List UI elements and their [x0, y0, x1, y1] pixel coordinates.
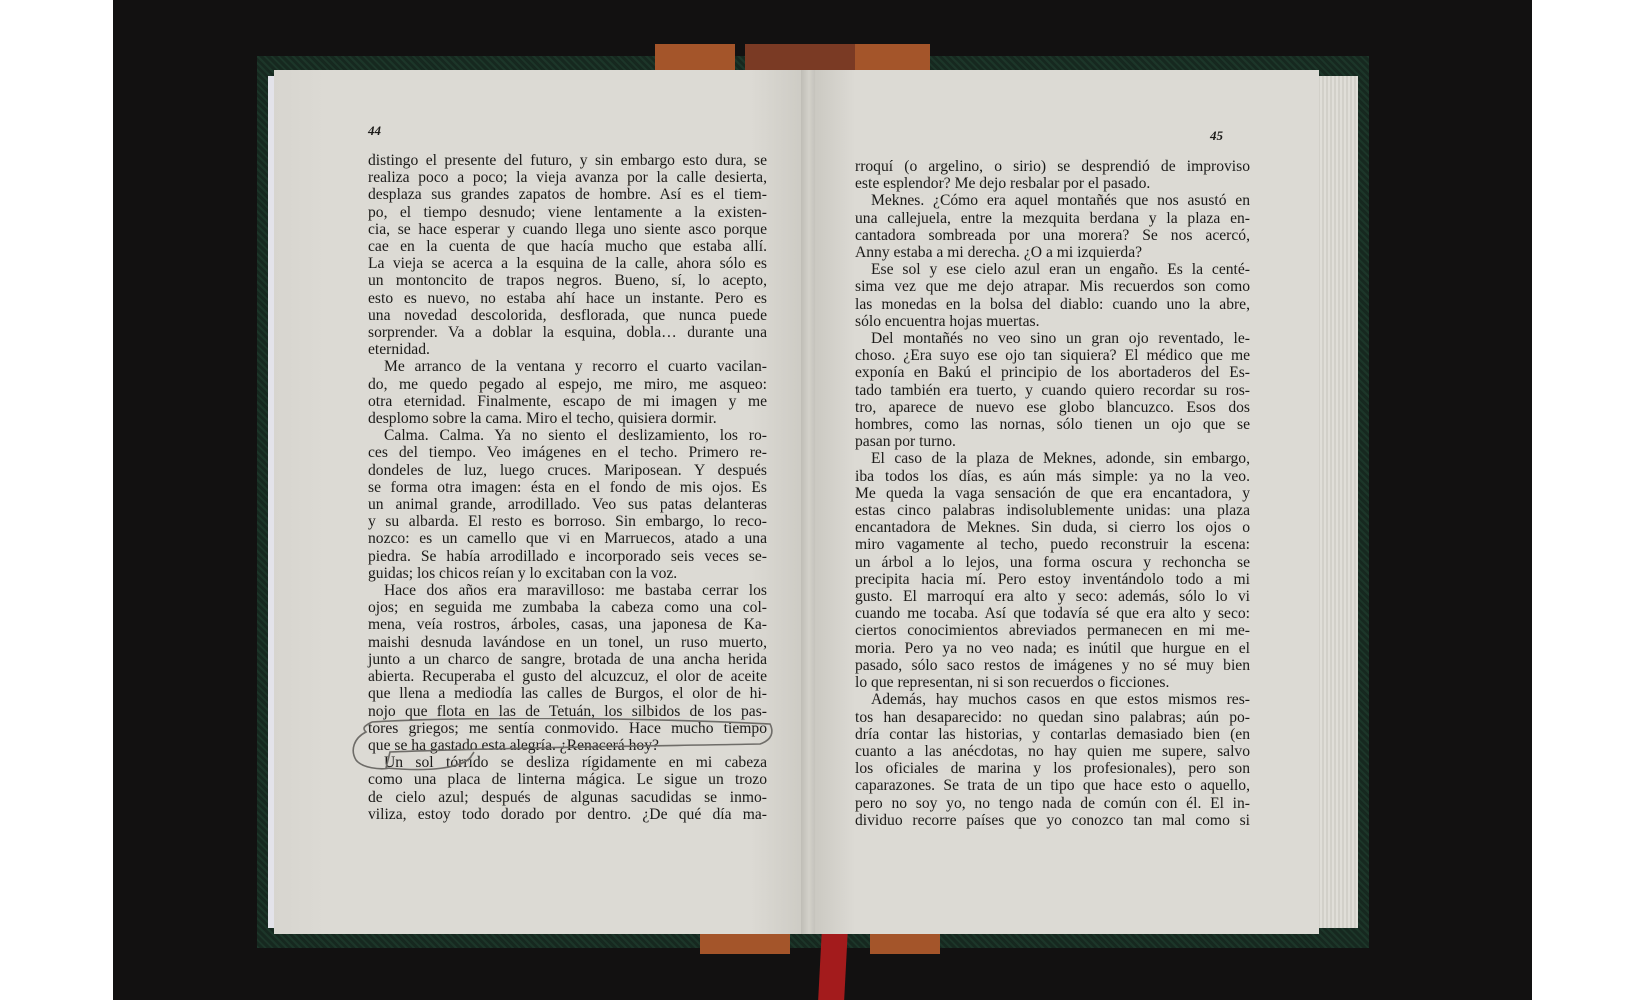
text-line: Calma. Calma. Ya no siento el deslizamie…	[368, 427, 767, 444]
text-line: las monedas en la bolsa del diablo: cuan…	[855, 296, 1250, 313]
text-line: los oficiales de marina y los profesiona…	[855, 760, 1250, 777]
text-line: do, me quedo pegado al espejo, me miro, …	[368, 376, 767, 393]
text-line: Además, hay muchos casos en que estos mi…	[855, 691, 1250, 708]
text-line: cia, se hace esperar y cuando llega uno …	[368, 221, 767, 238]
text-line: nojo que flota en las de Tetuán, los sil…	[368, 703, 767, 720]
text-line: iba todos los días, es aún más simple: y…	[855, 468, 1250, 485]
text-line: como una placa de linterna mágica. Le si…	[368, 771, 767, 788]
text-line: tado también era tuerto, y cuando quiero…	[855, 382, 1250, 399]
text-line: se forma otra imagen: ésta en el fondo d…	[368, 479, 767, 496]
text-line: guidas; los chicos reían y lo excitaban …	[368, 565, 767, 582]
text-line: eternidad.	[368, 341, 767, 358]
text-line: tores griegos; me sentía conmovido. Hace…	[368, 720, 767, 737]
text-line: miro vagamente al techo, puedo reconstru…	[855, 536, 1250, 553]
text-line: maishi desnuda lavándose en un tonel, un…	[368, 634, 767, 651]
page-number-right: 45	[1210, 128, 1223, 144]
text-line: de cielo azul; después de algunas sacudi…	[368, 789, 767, 806]
text-line: El caso de la plaza de Meknes, adonde, s…	[855, 450, 1250, 467]
text-line: cantadora sombreada por una morera? Se n…	[855, 227, 1250, 244]
text-line: Un sol tórrido se desliza rígidamente en…	[368, 754, 767, 771]
text-line: hombres, como las nornas, sólo tienen un…	[855, 416, 1250, 433]
text-line: pasan por turno.	[855, 433, 1250, 450]
text-line: una callejuela, entre la mezquita berdan…	[855, 210, 1250, 227]
text-line: Del montañés no veo sino un gran ojo rev…	[855, 330, 1250, 347]
text-line: lo que representan, ni si son recuerdos …	[855, 674, 1250, 691]
text-line: dividuo recorre países que yo conozco ta…	[855, 812, 1250, 829]
text-line: junto a un charco de sangre, brotada de …	[368, 651, 767, 668]
text-line: piedra. Se había arrodillado e incorpora…	[368, 548, 767, 565]
left-page-text: distingo el presente del futuro, y sin e…	[368, 152, 767, 823]
text-line: realiza poco a poco; la vieja avanza por…	[368, 169, 767, 186]
text-line: ciertos conocimientos abreviados permane…	[855, 622, 1250, 639]
text-line: Ese sol y ese cielo azul eran un engaño.…	[855, 261, 1250, 278]
text-line: y su albarda. El resto es borroso. Sin e…	[368, 513, 767, 530]
text-line: desplaza sus grandes zapatos de hombre. …	[368, 186, 767, 203]
left-page: 44 distingo el presente del futuro, y si…	[274, 70, 803, 934]
text-line: una novedad descolorida, desflorada, que…	[368, 307, 767, 324]
text-line: nozco: es un camello que vi en Marruecos…	[368, 530, 767, 547]
text-line: cuando me tocaba. Así que todavía sé que…	[855, 605, 1250, 622]
text-line: caparazones. Se trata de un tipo que hac…	[855, 777, 1250, 794]
text-line: tro, aparece de nuevo ese globo blancuzc…	[855, 399, 1250, 416]
text-line: Anny estaba a mi derecha. ¿O a mi izquie…	[855, 244, 1250, 261]
text-line: sima vez que me dejo atrapar. Mis recuer…	[855, 278, 1250, 295]
page-number-left: 44	[368, 123, 381, 139]
text-line: un montoncito de trapos negros. Bueno, s…	[368, 272, 767, 289]
text-line: esto es nuevo, no estaba ahí hace un ins…	[368, 290, 767, 307]
text-line: choso. ¿Era suyo ese ojo tan siquiera? E…	[855, 347, 1250, 364]
bookmark-ribbon	[818, 930, 848, 1000]
text-line: precipita hacia mí. Pero estoy inventánd…	[855, 571, 1250, 588]
text-line: pero no soy yo, no tengo nada de común c…	[855, 795, 1250, 812]
text-line: un animal grande, arrodillado. Veo sus p…	[368, 496, 767, 513]
text-line: otra eternidad. Finalmente, escapo de mi…	[368, 393, 767, 410]
text-line: Me arranco de la ventana y recorro el cu…	[368, 358, 767, 375]
text-line: sólo encuentra hojas muertas.	[855, 313, 1250, 330]
text-line: pasado, sólo saco restos de imágenes y n…	[855, 657, 1250, 674]
text-line: dría contar las historias, y contarlas d…	[855, 726, 1250, 743]
text-line: distingo el presente del futuro, y sin e…	[368, 152, 767, 169]
text-line: cae en la cuenta de que hacía mucho que …	[368, 238, 767, 255]
text-line: dondeles de luz, luego cruces. Mariposea…	[368, 462, 767, 479]
text-line: desplomo sobre la cama. Miro el techo, q…	[368, 410, 767, 427]
right-page-text: rroquí (o argelino, o sirio) se desprend…	[855, 158, 1250, 829]
text-line: exponía en Bakú el principio de los abor…	[855, 364, 1250, 381]
text-line: po, el tiempo desnudo; viene lentamente …	[368, 204, 767, 221]
text-line: gusto. El marroquí era alto y seco: adem…	[855, 588, 1250, 605]
text-line: un árbol a lo lejos, una forma oscura y …	[855, 554, 1250, 571]
right-page-edges	[1318, 76, 1358, 928]
text-line: Meknes. ¿Cómo era aquel montañés que nos…	[855, 192, 1250, 209]
text-line: abierta. Recuperaba el gusto del alcuzcu…	[368, 668, 767, 685]
text-line: este esplendor? Me dejo resbalar por el …	[855, 175, 1250, 192]
text-line: La vieja se acerca a la esquina de la ca…	[368, 255, 767, 272]
text-line: ojos; en seguida me zumbaba la cabeza co…	[368, 599, 767, 616]
text-line: Me queda la vaga sensación de que era en…	[855, 485, 1250, 502]
text-line: que llena a mediodía las calles de Burgo…	[368, 685, 767, 702]
text-line: estas cinco palabras indisolublemente un…	[855, 502, 1250, 519]
text-line: mena, veía rostros, árboles, casas, una …	[368, 616, 767, 633]
text-line: sorprender. Va a doblar la esquina, dobl…	[368, 324, 767, 341]
text-line: tos han desaparecido: no quedan sino pal…	[855, 709, 1250, 726]
text-line: ces del tiempo. Veo imágenes en el techo…	[368, 444, 767, 461]
text-line: Hace dos años era maravilloso: me bastab…	[368, 582, 767, 599]
text-line: rroquí (o argelino, o sirio) se desprend…	[855, 158, 1250, 175]
text-line: encantadora de Meknes. Sin duda, si cier…	[855, 519, 1250, 536]
text-line: viliza, estoy todo dorado por dentro. ¿D…	[368, 806, 767, 823]
text-line: cuanto a las anécdotas, no hay quien me …	[855, 743, 1250, 760]
right-page: 45 rroquí (o argelino, o sirio) se despr…	[815, 70, 1319, 934]
text-line: que se ha gastado esta alegría. ¿Renacer…	[368, 737, 767, 754]
text-line: moria. Pero ya no veo nada; es inútil qu…	[855, 640, 1250, 657]
